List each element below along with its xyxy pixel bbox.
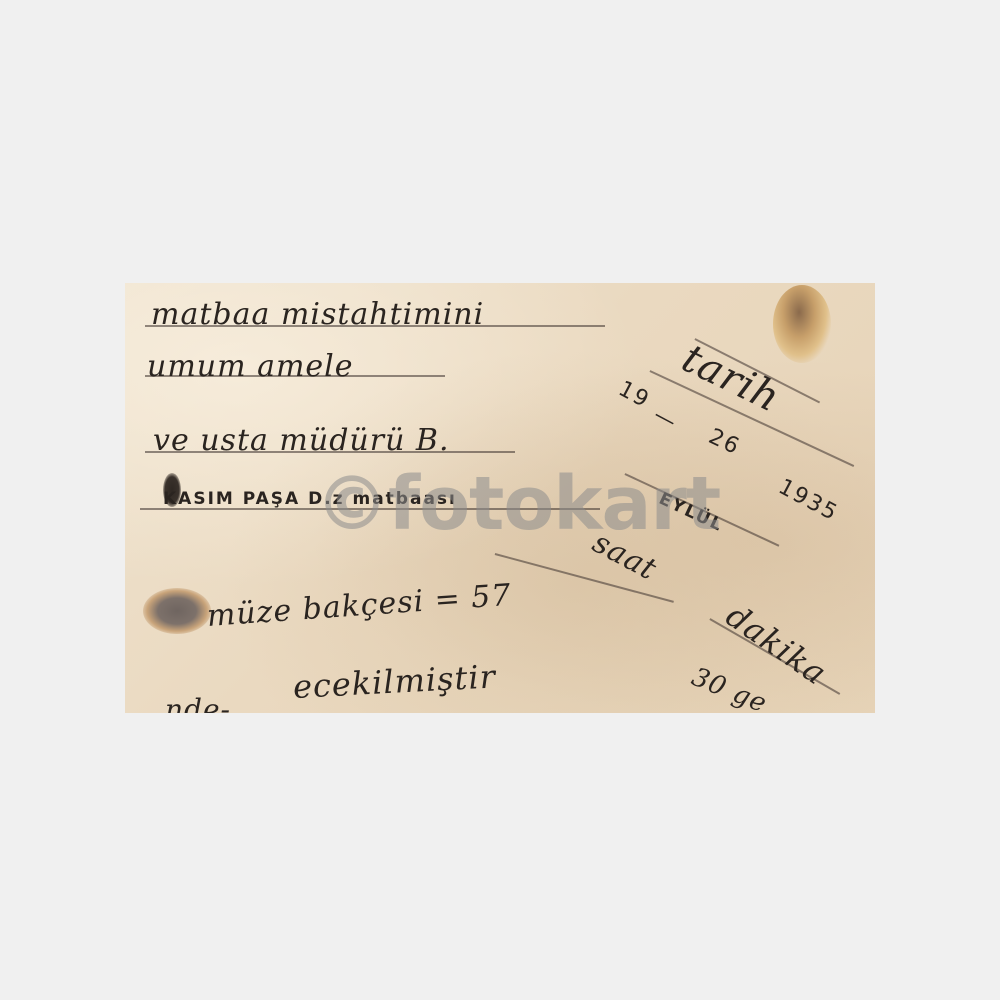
minute-value: 30 ge	[687, 662, 771, 713]
date-day: 19	[614, 376, 654, 413]
note-line-3: ve usta müdürü B.	[153, 423, 450, 458]
date-number: 26	[705, 424, 745, 460]
photo: matbaa mistahtimini umum amele ve usta m…	[125, 283, 875, 713]
note-line-2: umum amele	[147, 349, 354, 384]
note-line-7: nde-	[165, 693, 231, 713]
stain-left	[143, 588, 211, 634]
note-line-6: ecekilmiştir	[292, 657, 497, 706]
date-sep: —	[649, 402, 682, 435]
watermark: ©fotokart	[315, 461, 720, 547]
note-line-1: matbaa mistahtimini	[151, 297, 484, 332]
date-year: 1935	[774, 474, 842, 526]
stain-top-right	[773, 285, 831, 363]
note-line-5: müze bakçesi = 57	[206, 578, 513, 634]
